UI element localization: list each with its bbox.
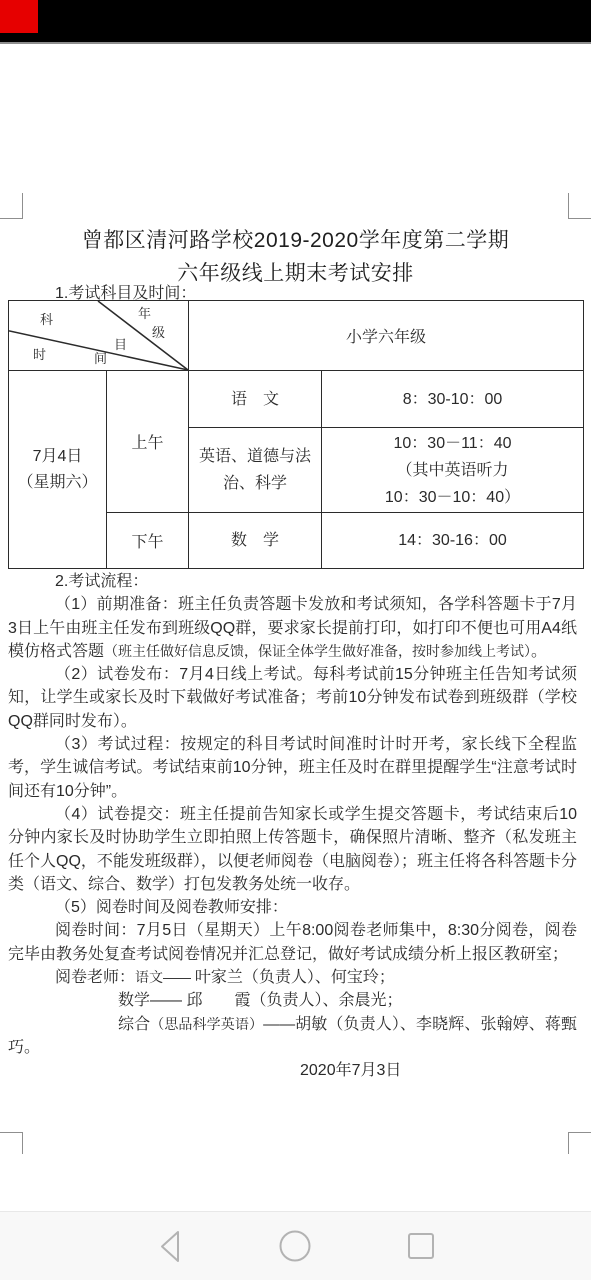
page-margin-mark-bottom-left: [0, 1132, 23, 1154]
paragraph: （4）试卷提交：班主任提前告知家长或学生提交答题卡，考试结束后10分钟内家长及时…: [8, 803, 577, 896]
page-margin-mark-bottom-right: [568, 1132, 591, 1154]
diagonal-label-grade-1: 年: [138, 307, 151, 320]
paragraph: 阅卷时间：7月5日（星期天）上午8:00阅卷老师集中，8:30分阅卷，阅卷完毕由…: [8, 919, 577, 966]
diagonal-label-subject-1: 科: [40, 313, 53, 326]
page-margin-mark-top-left: [0, 193, 23, 219]
doc-title-line1: 曾都区清河路学校2019-2020学年度第二学期: [0, 224, 591, 254]
back-button[interactable]: [138, 1212, 202, 1280]
text-segment: 综合: [118, 1016, 150, 1033]
text-segment: 。: [531, 643, 547, 660]
document-body-text: 2.考试流程：（1）前期准备：班主任负责答题卡发放和考试须知，各学科答题卡于7月…: [8, 570, 577, 1083]
paragraph: 阅卷老师：语文—— 叶家兰（负责人）、何宝玲；: [8, 966, 577, 989]
time-cell-math: 14：30-16：00: [322, 513, 584, 569]
paragraph: 2020年7月3日: [8, 1059, 577, 1082]
page-margin-mark-top-right: [568, 193, 591, 219]
time-cell-chinese: 8：30-10：00: [322, 371, 584, 428]
text-segment: 叶家兰（负责人）、何宝玲；: [195, 969, 395, 986]
home-button[interactable]: [263, 1212, 327, 1280]
diagonal-label-time-2: 间: [94, 352, 107, 365]
status-bar-red-marker: [0, 0, 38, 33]
back-icon: [157, 1229, 183, 1264]
recents-button[interactable]: [389, 1212, 453, 1280]
diagonal-label-grade-2: 级: [152, 326, 165, 339]
phone-screen: 曾都区清河路学校2019-2020学年度第二学期 六年级线上期末考试安排 1.考…: [0, 0, 591, 1280]
recents-icon: [406, 1231, 436, 1261]
text-segment: 阅卷老师：: [55, 969, 135, 986]
text-segment: （思品科学英语）: [150, 1016, 263, 1032]
subject-cell-math: 数 学: [189, 513, 322, 569]
text-segment: （3）考试过程：按规定的科目考试时间准时计时开考，家长线下全程监考，学生诚信考试…: [8, 736, 577, 800]
status-bar-divider: [0, 42, 591, 44]
text-segment: 阅卷时间：7月5日（星期天）上午8:00阅卷老师集中，8:30分阅卷，阅卷完毕由…: [8, 922, 577, 962]
paragraph: （1）前期准备：班主任负责答题卡发放和考试须知，各学科答题卡于7月3日上午由班主…: [8, 593, 577, 663]
diagonal-label-subject-2: 目: [114, 338, 127, 351]
home-icon: [278, 1229, 312, 1263]
date-cell: 7月4日 （星期六）: [9, 371, 107, 569]
paragraph: （5）阅卷时间及阅卷教师安排：: [8, 896, 577, 919]
text-segment: 语文——: [135, 969, 195, 985]
morning-cell: 上午: [107, 371, 189, 513]
paragraph: 综合（思品科学英语）——胡敏（负责人）、李晓辉、张翰婷、蒋甄巧。: [8, 1013, 577, 1060]
status-bar: [0, 0, 591, 42]
paragraph: 2.考试流程：: [8, 570, 577, 593]
diagonal-header-cell: 科 年 级 目 时 间: [9, 301, 189, 371]
text-segment: ——胡敏（负责人）、李晓辉、张翰婷、蒋甄巧。: [8, 1016, 577, 1056]
text-segment: （4）试卷提交：班主任提前告知家长或学生提交答题卡，考试结束后10分钟内家长及时…: [8, 806, 577, 893]
text-segment: 2.考试流程：: [55, 573, 148, 590]
exam-schedule-table: 科 年 级 目 时 间 小学六年级 7月4日 （星期六） 上午 语 文 8：30…: [8, 300, 584, 569]
diagonal-label-time-1: 时: [33, 348, 46, 361]
paragraph: （2）试卷发布：7月4日线上考试。每科考试前15分钟班主任告知考试须知，让学生或…: [8, 663, 577, 733]
paragraph: （3）考试过程：按规定的科目考试时间准时计时开考，家长线下全程监考，学生诚信考试…: [8, 733, 577, 803]
afternoon-cell: 下午: [107, 513, 189, 569]
time-cell-english-morality-science: 10：30－11：40 （其中英语听力 10：30－10：40）: [322, 428, 584, 513]
text-segment: （5）阅卷时间及阅卷教师安排：: [55, 899, 288, 916]
grade-header-cell: 小学六年级: [189, 301, 584, 371]
subject-cell-english-morality-science: 英语、道德与法 治、科学: [189, 428, 322, 513]
subject-cell-chinese: 语 文: [189, 371, 322, 428]
text-segment: （2）试卷发布：7月4日线上考试。每科考试前15分钟班主任告知考试须知，让学生或…: [8, 666, 577, 730]
text-segment: 数学—— 邱 霞（负责人）、余晨光；: [118, 992, 402, 1009]
text-segment: （班主任做好信息反馈，保证全体学生做好准备，按时参加线上考试）: [104, 643, 531, 659]
android-navigation-bar: [0, 1211, 591, 1280]
paragraph: 数学—— 邱 霞（负责人）、余晨光；: [8, 989, 577, 1012]
text-segment: 2020年7月3日: [300, 1062, 401, 1079]
